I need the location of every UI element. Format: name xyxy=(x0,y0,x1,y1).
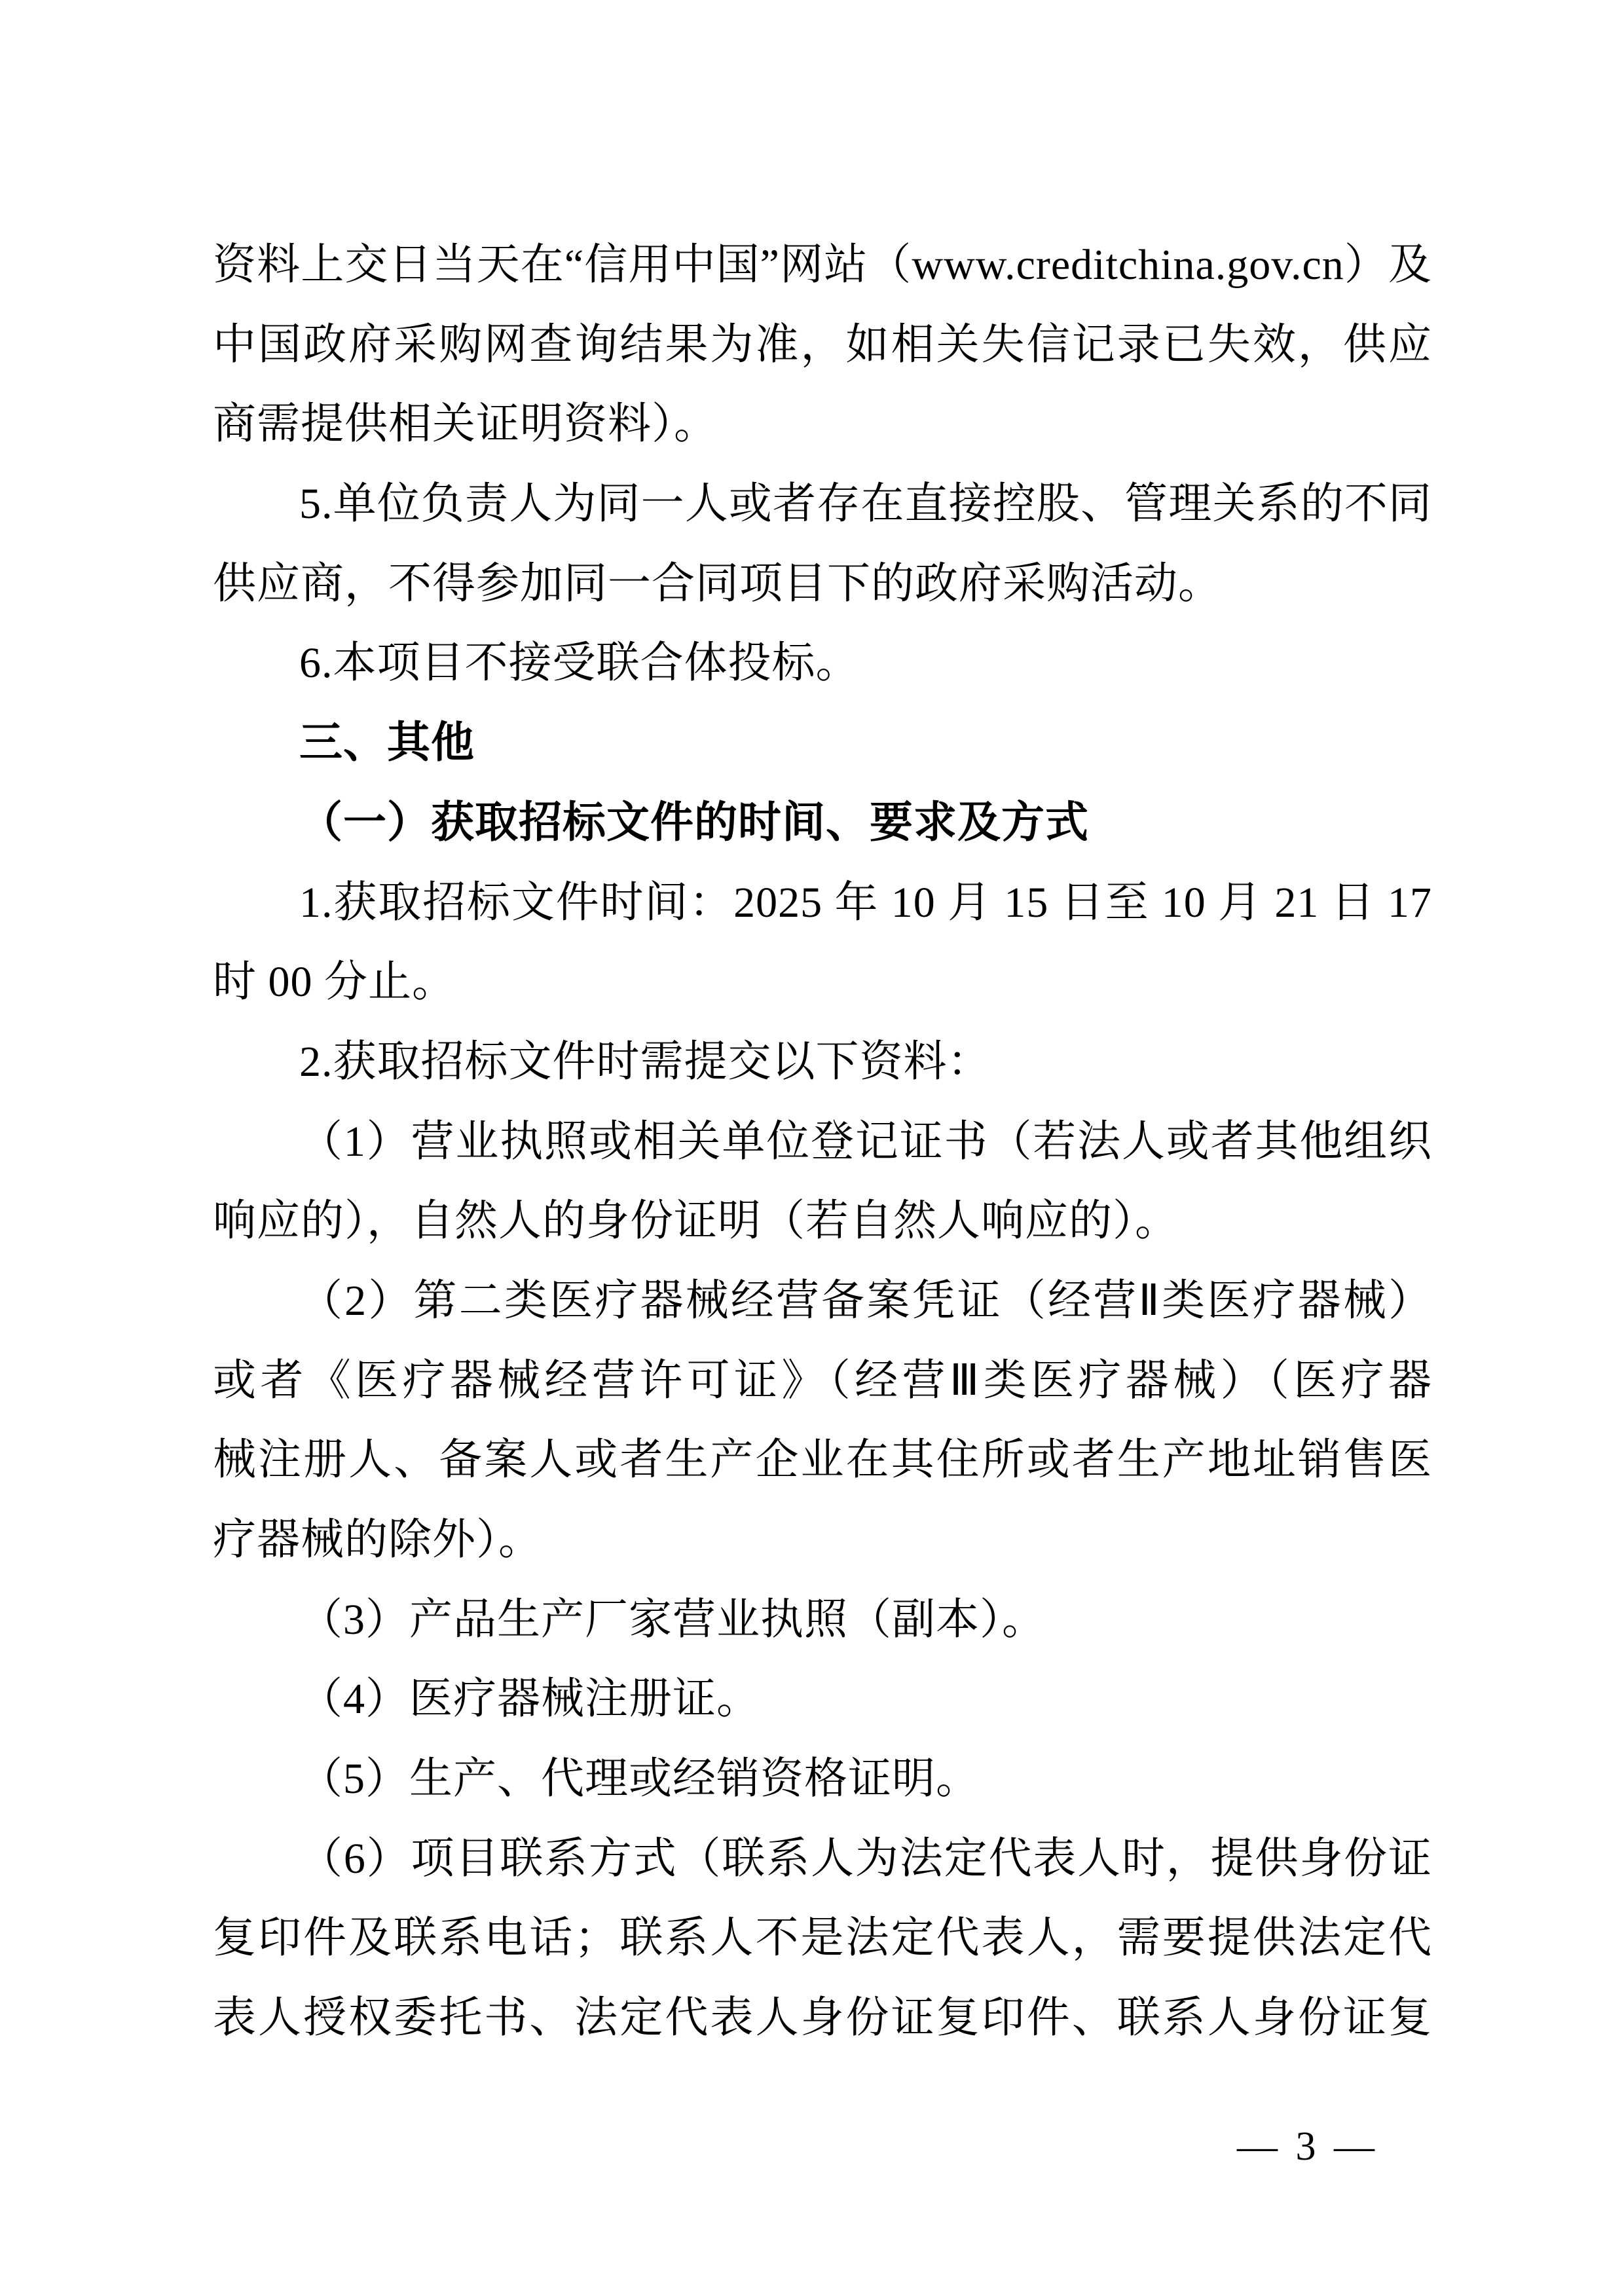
text-line: 响应的），自然人的身份证明（若自然人响应的）。 xyxy=(213,1181,1432,1261)
text-line: 资料上交日当天在“信用中国”网站（www.creditchina.gov.cn）… xyxy=(213,225,1432,305)
text-line: （3）产品生产厂家营业执照（副本）。 xyxy=(213,1580,1432,1660)
page-number: — 3 — xyxy=(1237,2120,1378,2173)
text-line: 或者《医疗器械经营许可证》（经营Ⅲ类医疗器械）（医疗器 xyxy=(213,1341,1432,1421)
text-line: 2.获取招标文件时需提交以下资料： xyxy=(213,1022,1432,1102)
document-body: 资料上交日当天在“信用中国”网站（www.creditchina.gov.cn）… xyxy=(213,225,1432,2058)
text-line: （4）医疗器械注册证。 xyxy=(213,1659,1432,1739)
text-line: 中国政府采购网查询结果为准，如相关失信记录已失效，供应 xyxy=(213,305,1432,385)
text-line: 三、其他 xyxy=(213,703,1432,783)
document-page: 资料上交日当天在“信用中国”网站（www.creditchina.gov.cn）… xyxy=(0,0,1624,2288)
text-line: 商需提供相关证明资料）。 xyxy=(213,384,1432,464)
text-line: 供应商，不得参加同一合同项目下的政府采购活动。 xyxy=(213,544,1432,624)
text-line: （一）获取招标文件的时间、要求及方式 xyxy=(213,783,1432,863)
text-line: 复印件及联系电话；联系人不是法定代表人，需要提供法定代 xyxy=(213,1898,1432,1978)
text-line: 时 00 分止。 xyxy=(213,942,1432,1022)
text-line: （5）生产、代理或经销资格证明。 xyxy=(213,1739,1432,1819)
text-line: 疗器械的除外）。 xyxy=(213,1500,1432,1580)
text-line: 表人授权委托书、法定代表人身份证复印件、联系人身份证复 xyxy=(213,1978,1432,2058)
text-line: 6.本项目不接受联合体投标。 xyxy=(213,623,1432,703)
text-line: （6）项目联系方式（联系人为法定代表人时，提供身份证 xyxy=(213,1819,1432,1899)
text-line: 1.获取招标文件时间：2025 年 10 月 15 日至 10 月 21 日 1… xyxy=(213,863,1432,943)
text-line: 5.单位负责人为同一人或者存在直接控股、管理关系的不同 xyxy=(213,464,1432,544)
text-line: 械注册人、备案人或者生产企业在其住所或者生产地址销售医 xyxy=(213,1420,1432,1500)
text-line: （1）营业执照或相关单位登记证书（若法人或者其他组织 xyxy=(213,1102,1432,1182)
text-line: （2）第二类医疗器械经营备案凭证（经营Ⅱ类医疗器械） xyxy=(213,1261,1432,1341)
